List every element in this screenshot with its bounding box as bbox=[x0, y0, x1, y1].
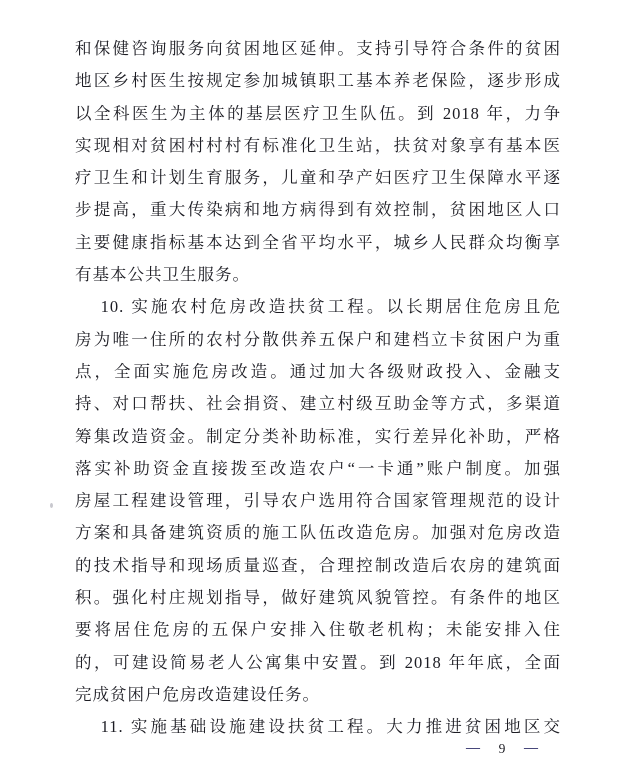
text-line: 的技术指导和现场质量巡查，合理控制改造后农房的建筑面 bbox=[75, 550, 561, 582]
text-line: 主要健康指标基本达到全省平均水平，城乡人民群众均衡享 bbox=[75, 227, 561, 259]
text-line: 和保健咨询服务向贫困地区延伸。支持引导符合条件的贫困 bbox=[75, 33, 561, 65]
text-line: 房为唯一住所的农村分散供养五保户和建档立卡贫困户为重 bbox=[75, 324, 561, 356]
text-line: 持、对口帮扶、社会捐资、建立村级互助金等方式，多渠道 bbox=[75, 388, 561, 420]
text-line: 要将居住危房的五保户安排入住敬老机构；未能安排入住 bbox=[75, 614, 561, 646]
text-line: 筹集改造资金。制定分类补助标准，实行差异化补助，严格 bbox=[75, 421, 561, 453]
text-line: 完成贫困户危房改造建设任务。 bbox=[75, 679, 561, 711]
text-line: 以全科医生为主体的基层医疗卫生队伍。到 2018 年，力争 bbox=[75, 98, 561, 130]
text-line: 的，可建设简易老人公寓集中安置。到 2018 年年底，全面 bbox=[75, 647, 561, 679]
footer-dash-left: — bbox=[466, 741, 480, 757]
text-line: 有基本公共卫生服务。 bbox=[75, 259, 561, 291]
text-line: 点，全面实施危房改造。通过加大各级财政投入、金融支 bbox=[75, 356, 561, 388]
scan-speck bbox=[50, 503, 53, 508]
text-line: 10. 实施农村危房改造扶贫工程。以长期居住危房且危 bbox=[75, 291, 561, 323]
text-line: 积。强化村庄规划指导，做好建筑风貌管控。有条件的地区 bbox=[75, 582, 561, 614]
text-line: 实现相对贫困村村村有标准化卫生站，扶贫对象享有基本医 bbox=[75, 130, 561, 162]
text-line: 房屋工程建设管理，引导农户选用符合国家管理规范的设计 bbox=[75, 485, 561, 517]
page-number: 9 bbox=[499, 740, 506, 758]
text-line: 地区乡村医生按规定参加城镇职工基本养老保险，逐步形成 bbox=[75, 65, 561, 97]
text-line: 方案和具备建筑资质的施工队伍改造危房。加强对危房改造 bbox=[75, 517, 561, 549]
text-line: 步提高，重大传染病和地方病得到有效控制，贫困地区人口 bbox=[75, 194, 561, 226]
text-line: 疗卫生和计划生育服务，儿童和孕产妇医疗卫生保障水平逐 bbox=[75, 162, 561, 194]
text-line: 11. 实施基础设施建设扶贫工程。大力推进贫困地区交 bbox=[75, 711, 561, 743]
document-lines: 和保健咨询服务向贫困地区延伸。支持引导符合条件的贫困地区乡村医生按规定参加城镇职… bbox=[75, 33, 561, 744]
document-page: 和保健咨询服务向贫困地区延伸。支持引导符合条件的贫困地区乡村医生按规定参加城镇职… bbox=[0, 0, 626, 775]
footer-dash-right: — bbox=[524, 741, 538, 757]
text-line: 落实补助资金直接拨至改造农户“一卡通”账户制度。加强 bbox=[75, 453, 561, 485]
page-footer: — 9 — bbox=[466, 740, 538, 758]
